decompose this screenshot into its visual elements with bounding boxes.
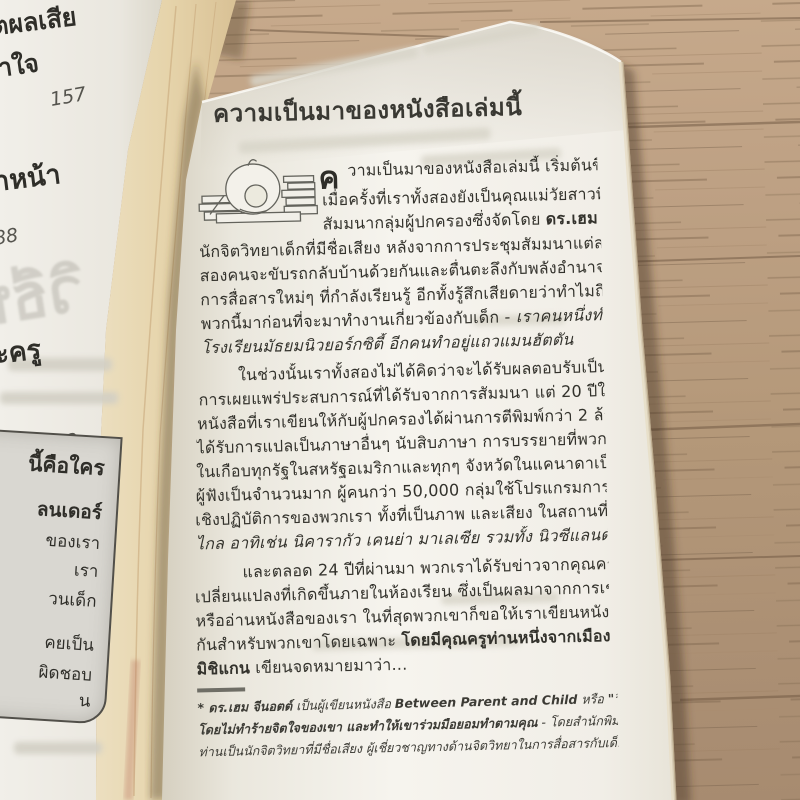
- footnote-author-bold: * ดร.เฮม จีนอตต์: [197, 698, 292, 715]
- footnote-thai-title-bold: "วิธีพูดกับลูก: [608, 690, 618, 707]
- footnote-rule: [197, 687, 245, 692]
- footnote-thai-title-bold: โดยไม่ทำร้ายจิตใจของเขา และทำให้เขาร่วมม…: [198, 715, 538, 738]
- footnote-text: เป็นผู้เขียนหนังสือ: [292, 696, 395, 713]
- body-text: พวกนี้มาก่อนที่จะมาทำงานเกี่ยวข้องกับเด็…: [201, 307, 516, 333]
- showthrough-line: [423, 23, 541, 54]
- teacher-origin-bold: โดยมีคุณครูท่านหนึ่งจากเมืองทรอย มลรัฐ: [401, 625, 610, 650]
- body-line: สัมมนากลุ่มผู้ปกครองซึ่งจัดโดย ดร.เฮม จี…: [322, 207, 600, 235]
- footnote-text: หรือ: [577, 691, 608, 707]
- body-text-italic: เราคนหนึ่งทำงานอยู่ใน: [516, 304, 603, 326]
- body-text: สัมมนากลุ่มผู้ปกครองซึ่งจัดโดย: [322, 209, 546, 233]
- body-line: มิชิแกน เขียนจดหมายมาว่า...: [196, 654, 407, 681]
- book-photo-scene: วิธีพ ตผลเสีย ้ำใจ 157 าหน้า 88 ะครู 223…: [0, 0, 800, 800]
- body-text: กันสำหรับพวกเขาโดยเฉพาะ: [196, 631, 402, 655]
- author-name-bold: ดร.เฮม จีนอตต์*: [546, 207, 601, 228]
- right-page-content: ความเป็นมาของหนังสือเล่มนี้ ค: [0, 0, 800, 800]
- footnote-book-title: Between Parent and Child: [395, 692, 578, 711]
- showthrough-line: [249, 46, 418, 87]
- chapter-title: ความเป็นมาของหนังสือเล่มนี้: [213, 87, 523, 133]
- body-text: เขียนจดหมายมาว่า...: [250, 655, 408, 678]
- footnote-text: - โดยสำนักพิมพ์ บี มีเดีย": [537, 712, 618, 730]
- teacher-origin-bold: มิชิแกน: [196, 658, 250, 678]
- reading-character-illustration: [193, 143, 325, 232]
- body-line: วามเป็นมาของหนังสือเล่มนี้ เริ่มต้นขึ้น: [347, 154, 597, 182]
